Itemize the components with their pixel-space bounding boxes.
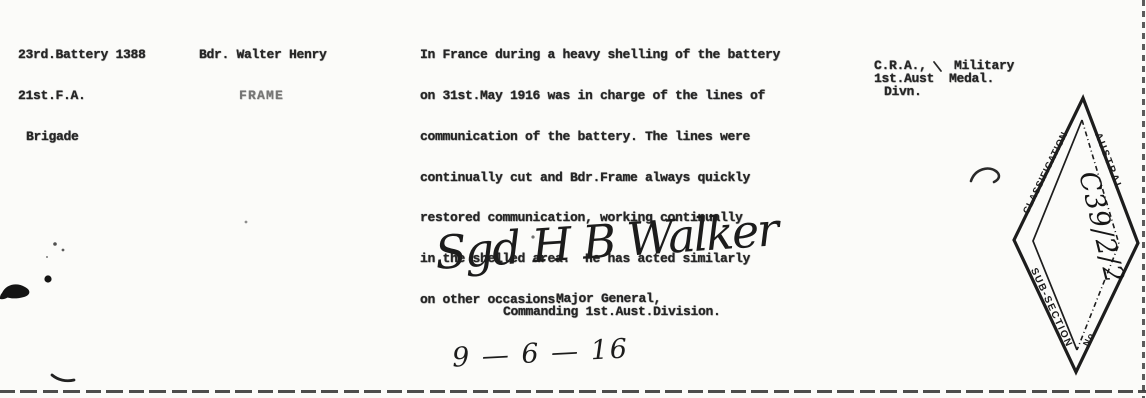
ink-blob [0, 291, 11, 299]
ink-dot [44, 275, 51, 282]
stamp-number-handwritten: C39/2/2 [1072, 168, 1130, 287]
citation-line: on 31st.May 1916 was in charge of the li… [420, 89, 780, 103]
classification-stamp: CLASSIFICATION AUSTRAL SUB-SECTION No. C… [1002, 86, 1146, 392]
recipient-name: Bdr. Walter Henry [199, 48, 327, 62]
handwritten-date: 9 — 6 — 16 [451, 333, 629, 373]
citation-line: In France during a heavy shelling of the… [420, 48, 780, 62]
ink-speckle [53, 242, 57, 246]
ink-speckle [46, 256, 48, 258]
stamp-edge-sub-section: SUB-SECTION [1028, 266, 1075, 349]
stamp-edge-classification: CLASSIFICATION [1021, 130, 1070, 216]
unit-line-1: 23rd.Battery 1388 [18, 48, 146, 62]
citation-paragraph: In France during a heavy shelling of the… [420, 21, 780, 334]
unit-line-2: 21st.F.A. [18, 89, 146, 103]
signatory-command: Commanding 1st.Aust.Division. [503, 305, 721, 319]
stamp-inner-border-right [1077, 120, 1119, 350]
scanned-document: 23rd.Battery 1388 21st.F.A. Brigade Bdr.… [0, 0, 1146, 398]
ink-speckle [62, 249, 65, 252]
document-bottom-edge [0, 390, 1146, 393]
unit-column: 23rd.Battery 1388 21st.F.A. Brigade [18, 21, 146, 171]
unit-line-3: Brigade [18, 130, 146, 144]
recommending-authority-3: Divn. [884, 85, 922, 99]
citation-line: communication of the battery. The lines … [420, 130, 780, 144]
stamp-edge-austral: AUSTRAL [1092, 131, 1124, 193]
document-right-edge [1142, 0, 1145, 398]
pen-stroke-mark [52, 375, 74, 381]
ink-speckle [245, 221, 248, 224]
recipient-surname: FRAME [199, 89, 327, 103]
stamp-edge-no: No. [1081, 328, 1098, 348]
pen-arc-mark [971, 169, 999, 182]
recipient-column: Bdr. Walter Henry FRAME [199, 21, 327, 130]
pen-tick-mark [934, 62, 941, 71]
stamp-outer-border [1014, 98, 1138, 372]
ink-blob [2, 284, 29, 298]
citation-line: continually cut and Bdr.Frame always qui… [420, 171, 780, 185]
stamp-inner-border-left [1033, 120, 1082, 350]
award-line-2: Medal. [949, 72, 994, 86]
